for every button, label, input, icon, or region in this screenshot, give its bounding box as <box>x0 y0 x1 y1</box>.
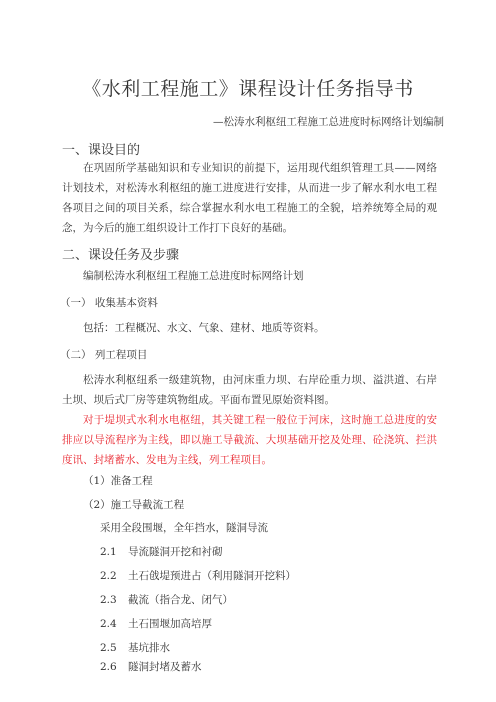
section-2-task: 编制松涛水利枢纽工程施工总进度时标网络计划 <box>83 268 304 283</box>
subitem: 2.2土石戗堤预进占（利用隧洞开挖料） <box>100 568 296 583</box>
document-subtitle: —松涛水利枢纽工程施工总进度时标网络计划编制 <box>213 114 444 129</box>
subsection-1-text: 包括：工程概况、水文、气象、建材、地质等资料。 <box>83 320 325 335</box>
subitem: 2.6隧洞封堵及蓄水 <box>100 659 202 674</box>
item-preparation: （1）准备工程 <box>83 473 153 488</box>
subitem: 2.5基坑排水 <box>100 640 170 655</box>
subitem: 2.4土石围堰加高培厚 <box>100 616 212 631</box>
subitem-number: 2.5 <box>100 642 128 654</box>
subitem-text: 土石戗堤预进占（利用隧洞开挖料） <box>128 570 296 582</box>
subitem: 2.1导流隧洞开挖和衬砌 <box>100 544 223 559</box>
section-2-heading: 二、课设任务及步骤 <box>62 244 179 263</box>
subitem-text: 截流（指合龙、闭气） <box>128 594 233 606</box>
subitem-text: 隧洞封堵及蓄水 <box>128 661 202 673</box>
subitem-text: 土石围堰加高培厚 <box>128 618 212 630</box>
subsection-2-paragraph: 松涛水利枢纽系一级建筑物，由河床重力坝、右岸砼重力坝、溢洪道、右岸土坝、坝后式厂… <box>62 370 437 410</box>
section-1-heading: 一、课设目的 <box>62 139 140 158</box>
subsection-2-heading: （二） 列工程项目 <box>60 347 147 362</box>
document-page: 《水利工程施工》课程设计任务指导书 —松涛水利枢纽工程施工总进度时标网络计划编制… <box>0 0 496 702</box>
section-1-paragraph: 在巩固所学基础知识和专业知识的前提下，运用现代组织管理工具——网络计划技术，对松… <box>62 158 437 238</box>
subitem-number: 2.3 <box>100 594 128 606</box>
document-title: 《水利工程施工》课程设计任务指导书 <box>0 74 496 101</box>
diversion-method: 采用全段围堰，全年挡水，隧洞导流 <box>100 520 268 535</box>
highlighted-paragraph: 对于堤坝式水利水电枢纽，其关键工程一般位于河床，这时施工总进度的安排应以导流程序… <box>62 410 437 470</box>
subitem-text: 基坑排水 <box>128 642 170 654</box>
item-diversion: （2）施工导截流工程 <box>83 497 184 512</box>
subitem-number: 2.4 <box>100 618 128 630</box>
subitem-number: 2.6 <box>100 661 128 673</box>
subitem-text: 导流隧洞开挖和衬砌 <box>128 546 223 558</box>
subitem-number: 2.2 <box>100 570 128 582</box>
subsection-1-heading: （一） 收集基本资料 <box>60 295 158 310</box>
subitem: 2.3截流（指合龙、闭气） <box>100 592 233 607</box>
subitem-number: 2.1 <box>100 546 128 558</box>
